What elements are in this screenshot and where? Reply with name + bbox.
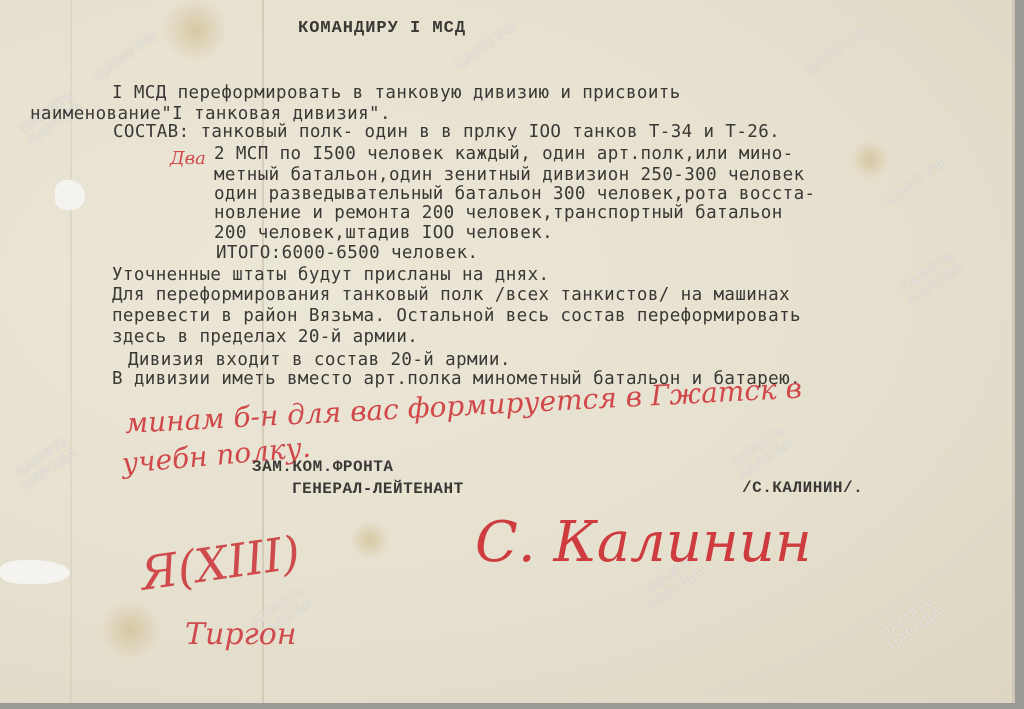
watermark-tsamo: ЦАМО РФ bbox=[883, 155, 951, 208]
stain bbox=[350, 520, 390, 560]
body-line: СОСТАВ: танковый полк- один в в прлку IO… bbox=[113, 124, 780, 142]
body-line: метный батальон,один зенитный дивизион 2… bbox=[214, 167, 805, 185]
stain bbox=[100, 600, 160, 660]
stain bbox=[160, 0, 230, 60]
body-line: I МСД переформировать в танковую дивизию… bbox=[112, 85, 681, 103]
watermark-tsamo: ЦАМО РФ bbox=[803, 25, 871, 78]
body-line: Дивизия входит в состав 20-й армии. bbox=[128, 352, 511, 370]
handwritten-initials: Я(ХIII) bbox=[138, 529, 303, 597]
body-line: новление и ремонта 200 человек,транспорт… bbox=[214, 205, 783, 223]
handwritten-signature: С. Калинин bbox=[475, 515, 812, 571]
body-line: один разведывательный батальон 300 челов… bbox=[214, 186, 815, 204]
paper-tear bbox=[0, 560, 70, 584]
document-heading: КОМАНДИРУ I МСД bbox=[298, 20, 466, 37]
body-line: ИТОГО:6000-6500 человек. bbox=[216, 245, 478, 263]
handwritten-initials-sub: Тиргон bbox=[185, 620, 297, 650]
body-line: Уточненные штаты будут присланы на днях. bbox=[112, 267, 549, 285]
body-line: Для переформирования танковый полк /всех… bbox=[112, 287, 790, 305]
watermark-pamyat: ПАМЯТЬ НАРОДА bbox=[898, 249, 965, 308]
stain bbox=[850, 140, 890, 180]
body-line: 2 МСП по I500 человек каждый, один арт.п… bbox=[214, 146, 794, 164]
body-line: перевести в район Вязьма. Остальной весь… bbox=[112, 308, 801, 326]
signature-title-1: ЗАМ.КОМ.ФРОНТА bbox=[252, 459, 393, 475]
margin-note: Два bbox=[170, 150, 206, 168]
body-line: наименование"I танковая дивизия". bbox=[30, 106, 391, 124]
body-line: здесь в пределах 20-й армии. bbox=[112, 329, 418, 347]
watermark-pamyat: ПАМЯТЬ НАРОДА bbox=[878, 594, 945, 653]
signature-name: /С.КАЛИНИН/. bbox=[742, 480, 863, 496]
document-page: ЦАМО РФ ЦАМО РФ ЦАМО РФ ПАМЯТЬ НАРОДА ЦА… bbox=[0, 0, 1015, 703]
signature-title-2: ГЕНЕРАЛ-ЛЕЙТЕНАНТ bbox=[292, 481, 464, 497]
watermark-tsamo: ЦАМО РФ bbox=[93, 30, 161, 83]
body-line: 200 человек,штадив IOO человек. bbox=[214, 225, 553, 243]
paper-tear bbox=[55, 180, 85, 210]
watermark-pamyat: ПАМЯТЬ НАРОДА bbox=[728, 424, 795, 483]
